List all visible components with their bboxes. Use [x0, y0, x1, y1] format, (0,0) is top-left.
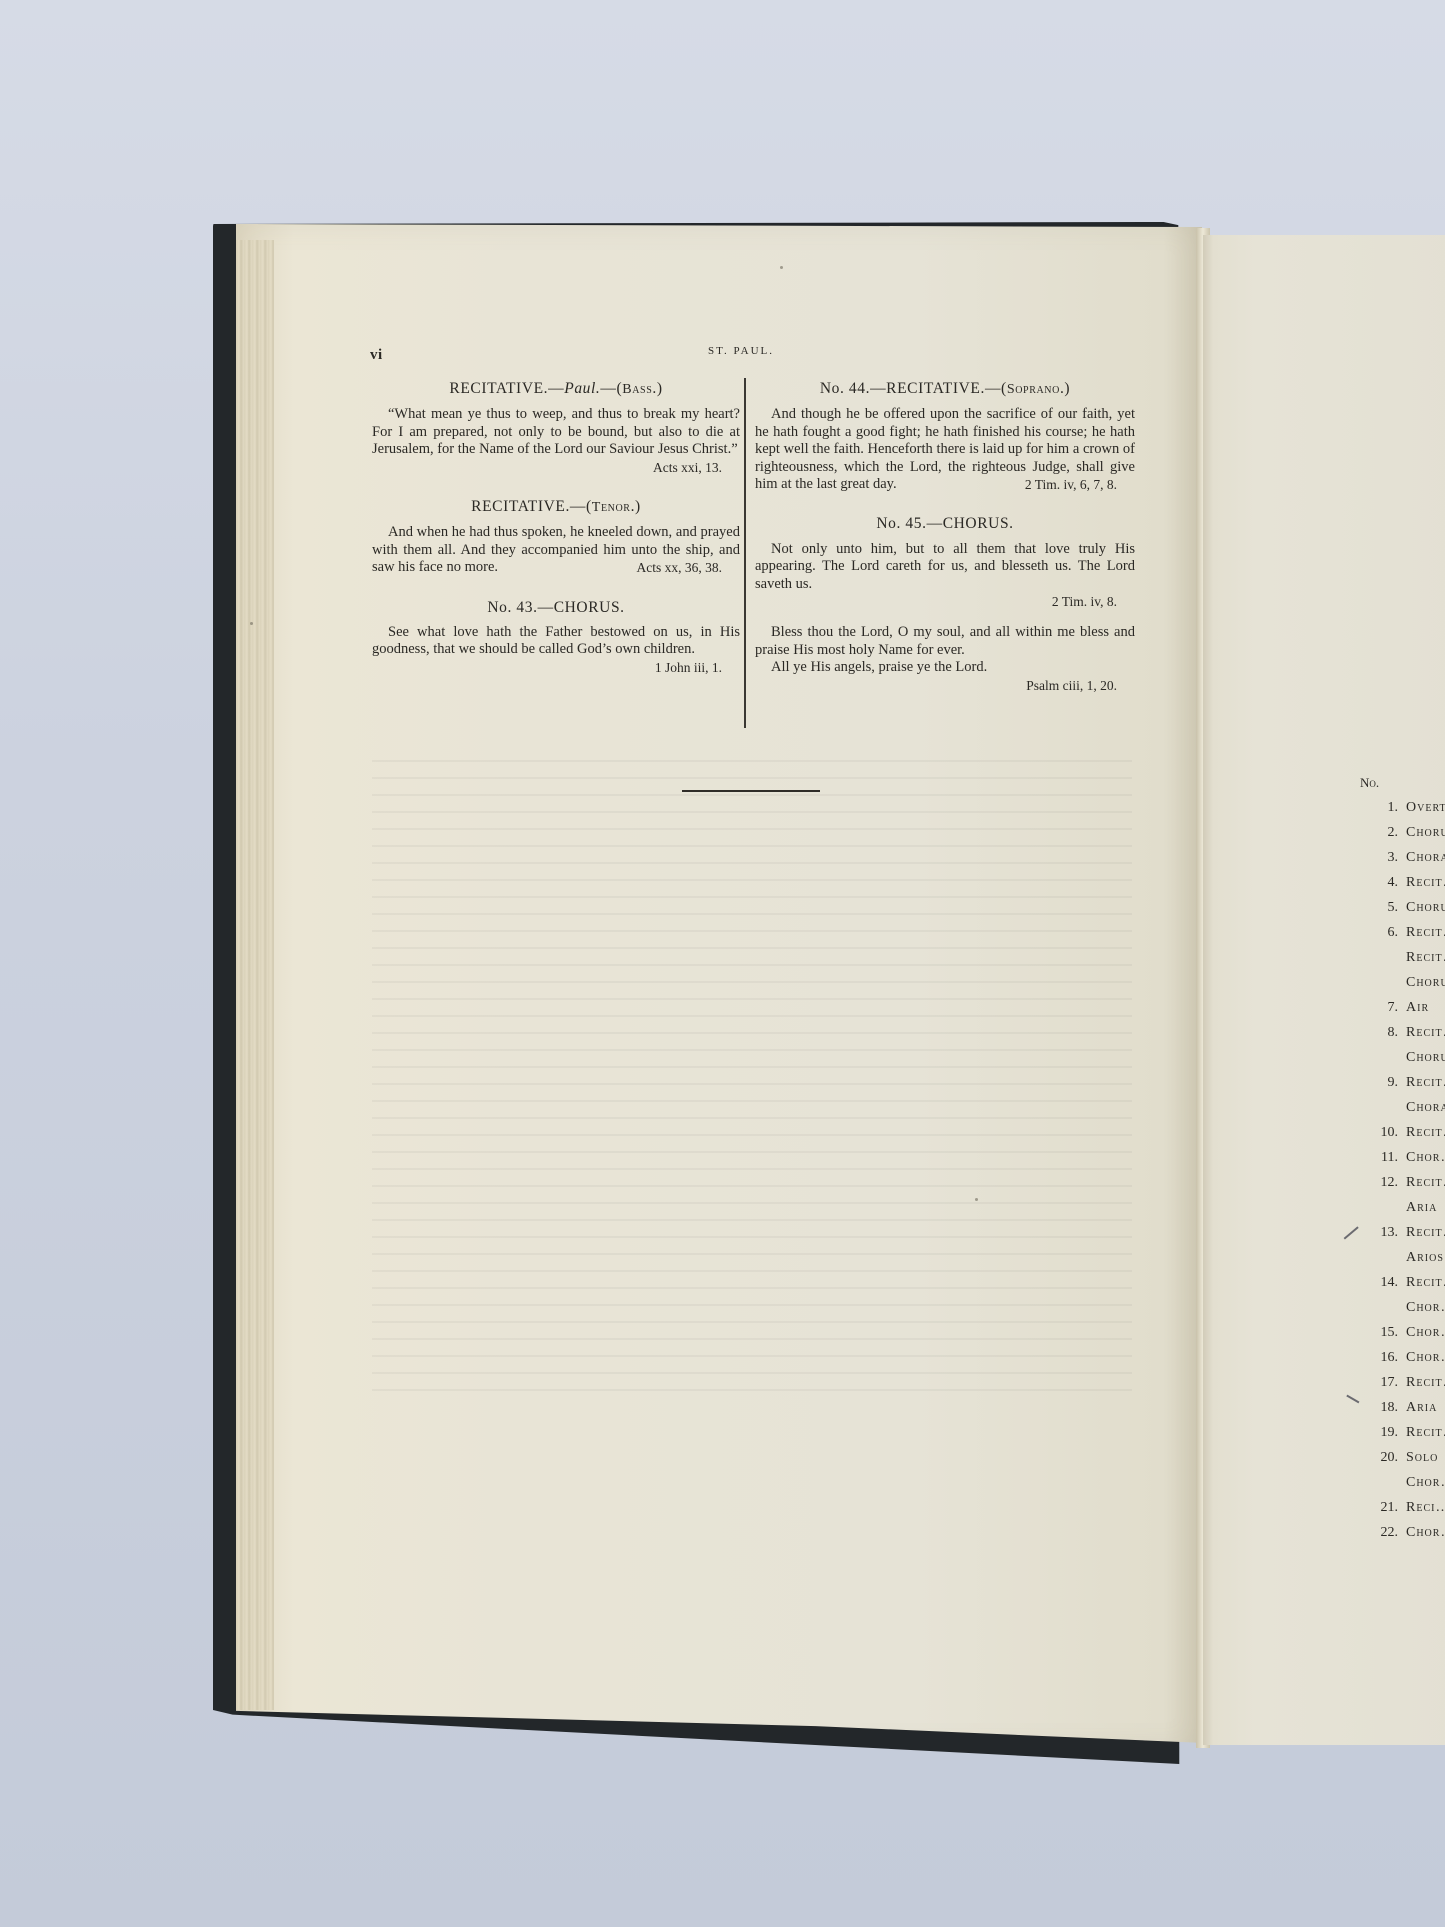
- column-rule: [744, 378, 746, 728]
- toc-number: 6.: [1360, 920, 1406, 945]
- toc-title: Recit…: [1406, 950, 1445, 965]
- toc-number: 4.: [1360, 870, 1406, 895]
- scripture-reference: Acts xxi, 13.: [372, 459, 740, 476]
- section-recitative-44: No. 44.—RECITATIVE.—(Soprano.) And thoug…: [755, 380, 1135, 493]
- section-text: Not only unto him, but to all them that …: [755, 541, 1135, 593]
- show-through-text: [372, 760, 1132, 1400]
- section-chorus-43: No. 43.—CHORUS. See what love hath the F…: [372, 599, 740, 659]
- toc-title: Choru…: [1406, 825, 1445, 840]
- toc-title: Recit…: [1406, 1075, 1445, 1090]
- toc-row: 14.Recit…: [1360, 1270, 1445, 1295]
- toc-title: Recit…: [1406, 1175, 1445, 1190]
- toc-number: 8.: [1360, 1020, 1406, 1045]
- scripture-reference: 1 John iii, 1.: [639, 659, 740, 676]
- toc-title: Overt…: [1406, 800, 1445, 815]
- toc-title: Recit…: [1406, 1275, 1445, 1290]
- section-heading: No. 44.—RECITATIVE.—(Soprano.): [755, 380, 1135, 398]
- toc-title: Recit…: [1406, 925, 1445, 940]
- toc-number: 22.: [1360, 1520, 1406, 1545]
- toc-row: 2.Choru…: [1360, 820, 1445, 845]
- section-heading: No. 45.—CHORUS.: [755, 515, 1135, 532]
- scripture-reference: Acts xx, 36, 38.: [621, 559, 741, 576]
- toc-title: Choru…: [1406, 1050, 1445, 1065]
- toc-title: Chor…: [1406, 1325, 1445, 1340]
- toc-title: Chora…: [1406, 1100, 1445, 1115]
- toc-row: 3.Chora…: [1360, 845, 1445, 870]
- toc-row: 1.Overt…: [1360, 795, 1445, 820]
- toc-title: Air: [1406, 1000, 1429, 1015]
- toc-row: Chor…: [1360, 1470, 1445, 1495]
- toc-title: Recit…: [1406, 1025, 1445, 1040]
- section-text: And though he be offered upon the sacrif…: [755, 406, 1135, 493]
- toc-row: 19.Recit…: [1360, 1420, 1445, 1445]
- page-edges: [236, 240, 274, 1710]
- toc-title: Recit…: [1406, 1125, 1445, 1140]
- section-text-2: Bless thou the Lord, O my soul, and all …: [755, 624, 1135, 659]
- toc-row: Recit…: [1360, 945, 1445, 970]
- toc-row: 21.Reci…: [1360, 1495, 1445, 1520]
- toc-row: 18.Aria: [1360, 1395, 1445, 1420]
- scripture-reference: 2 Tim. iv, 8.: [755, 593, 1135, 610]
- toc-row: 10.Recit…: [1360, 1120, 1445, 1145]
- toc-number: 7.: [1360, 995, 1406, 1020]
- toc-title: Arios…: [1406, 1250, 1445, 1265]
- page-number: vi: [370, 347, 383, 364]
- toc-title: Choru…: [1406, 900, 1445, 915]
- toc-row: 17.Recit…: [1360, 1370, 1445, 1395]
- section-text: See what love hath the Father bestowed o…: [372, 624, 740, 659]
- toc-title: Recit…: [1406, 875, 1445, 890]
- toc-title: Chor…: [1406, 1525, 1445, 1540]
- toc-row: 13.Recit…: [1360, 1220, 1445, 1245]
- toc-number: 11.: [1360, 1145, 1406, 1170]
- toc-row: 6.Recit…: [1360, 920, 1445, 945]
- toc-row: 20.Solo: [1360, 1445, 1445, 1470]
- scripture-reference-2: Psalm ciii, 1, 20.: [755, 677, 1135, 694]
- paper-speck: [975, 1198, 978, 1201]
- paper-speck: [780, 266, 783, 269]
- section-heading: No. 43.—CHORUS.: [372, 599, 740, 616]
- right-column: No. 44.—RECITATIVE.—(Soprano.) And thoug…: [755, 380, 1135, 716]
- toc-title: Chor…: [1406, 1350, 1445, 1365]
- toc-title: Recit…: [1406, 1375, 1445, 1390]
- toc-title: Aria: [1406, 1400, 1437, 1415]
- toc-row: 22.Chor…: [1360, 1520, 1445, 1545]
- end-rule: [682, 790, 820, 792]
- toc-row: Choru…: [1360, 1045, 1445, 1070]
- toc-row: 4.Recit…: [1360, 870, 1445, 895]
- section-recitative-paul: RECITATIVE.—Paul.—(Bass.) “What mean ye …: [372, 380, 740, 476]
- section-heading: RECITATIVE.—Paul.—(Bass.): [372, 380, 740, 398]
- toc-number: 16.: [1360, 1345, 1406, 1370]
- toc-title: Choru…: [1406, 975, 1445, 990]
- section-text: And when he had thus spoken, he kneeled …: [372, 524, 740, 576]
- toc-number: 10.: [1360, 1120, 1406, 1145]
- toc-row: Aria: [1360, 1195, 1445, 1220]
- toc-title: Recit…: [1406, 1225, 1445, 1240]
- toc-row: Chora…: [1360, 1095, 1445, 1120]
- toc-row: 5.Choru…: [1360, 895, 1445, 920]
- toc-title: Solo: [1406, 1450, 1438, 1465]
- toc-number: 15.: [1360, 1320, 1406, 1345]
- toc-number: 17.: [1360, 1370, 1406, 1395]
- toc-title: Chor…: [1406, 1150, 1445, 1165]
- section-recitative-tenor: RECITATIVE.—(Tenor.) And when he had thu…: [372, 498, 740, 577]
- toc-header: No.: [1360, 770, 1445, 795]
- toc-number: 19.: [1360, 1420, 1406, 1445]
- scripture-reference: 2 Tim. iv, 6, 7, 8.: [1009, 476, 1135, 493]
- toc-number: 3.: [1360, 845, 1406, 870]
- toc-number: 5.: [1360, 895, 1406, 920]
- section-text-3: All ye His angels, praise ye the Lord.: [755, 659, 1135, 676]
- section-chorus-45: No. 45.—CHORUS. Not only unto him, but t…: [755, 515, 1135, 694]
- toc-number: 21.: [1360, 1495, 1406, 1520]
- table-of-contents: No. 1.Overt…2.Choru…3.Chora…4.Recit…5.Ch…: [1360, 770, 1445, 1545]
- running-head: vi ST. PAUL.: [370, 345, 1130, 365]
- toc-number: 2.: [1360, 820, 1406, 845]
- section-heading: RECITATIVE.—(Tenor.): [372, 498, 740, 516]
- toc-number: 20.: [1360, 1445, 1406, 1470]
- running-title: ST. PAUL.: [708, 345, 774, 357]
- toc-row: 12.Recit…: [1360, 1170, 1445, 1195]
- toc-title: Recit…: [1406, 1425, 1445, 1440]
- toc-row: 8.Recit…: [1360, 1020, 1445, 1045]
- toc-title: Aria: [1406, 1200, 1437, 1215]
- toc-number: 12.: [1360, 1170, 1406, 1195]
- section-text: “What mean ye thus to weep, and thus to …: [372, 406, 740, 458]
- toc-number: 14.: [1360, 1270, 1406, 1295]
- toc-row: 7.Air: [1360, 995, 1445, 1020]
- paper-speck: [250, 622, 253, 625]
- toc-rows: 1.Overt…2.Choru…3.Chora…4.Recit…5.Choru……: [1360, 795, 1445, 1545]
- toc-title: Chor…: [1406, 1475, 1445, 1490]
- left-column: RECITATIVE.—Paul.—(Bass.) “What mean ye …: [372, 380, 740, 681]
- toc-row: Choru…: [1360, 970, 1445, 995]
- toc-title: Chora…: [1406, 850, 1445, 865]
- toc-row: 16.Chor…: [1360, 1345, 1445, 1370]
- toc-row: 9.Recit…: [1360, 1070, 1445, 1095]
- toc-row: 15.Chor…: [1360, 1320, 1445, 1345]
- toc-title: Reci…: [1406, 1500, 1445, 1515]
- toc-title: Chor…: [1406, 1300, 1445, 1315]
- toc-row: 11.Chor…: [1360, 1145, 1445, 1170]
- toc-number: 1.: [1360, 795, 1406, 820]
- toc-number: 18.: [1360, 1395, 1406, 1420]
- toc-row: Arios…: [1360, 1245, 1445, 1270]
- toc-row: Chor…: [1360, 1295, 1445, 1320]
- toc-number: 13.: [1360, 1220, 1406, 1245]
- toc-number: 9.: [1360, 1070, 1406, 1095]
